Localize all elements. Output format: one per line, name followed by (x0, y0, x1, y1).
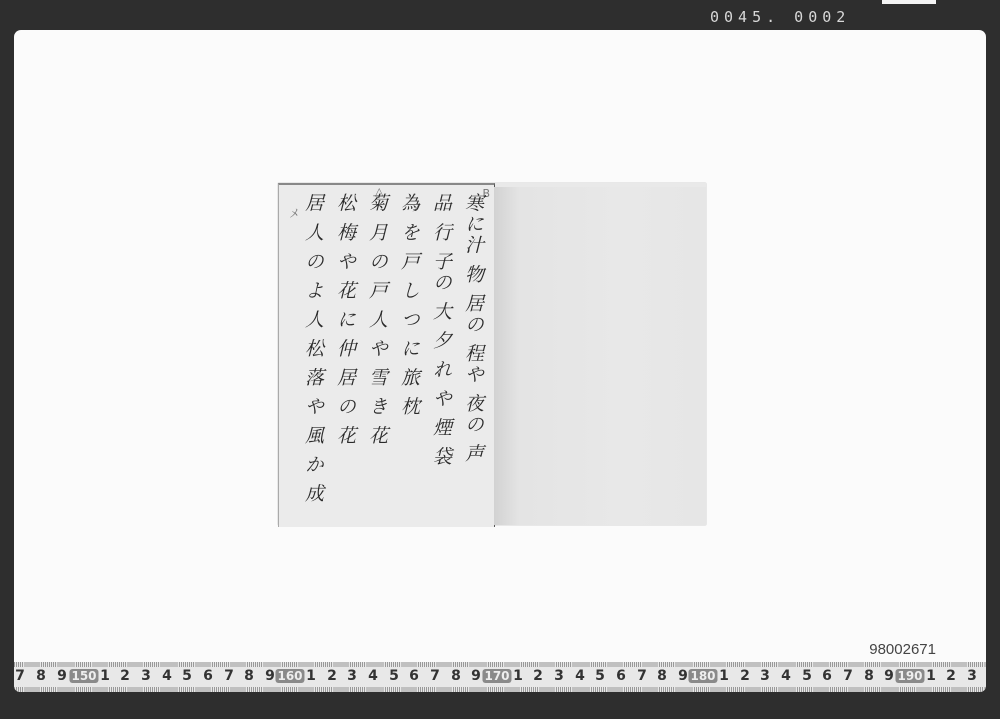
ruler-label: 9 (265, 668, 275, 684)
manuscript-spread: B ノ △ メ 寒に汁 物 居の 程や 夜の 声 品 行 子の 大 夕 れ や … (278, 183, 706, 525)
ruler-label: 150 (69, 669, 98, 683)
text-column: 品 行 子の 大 夕 れ や 煙 袋 (422, 193, 452, 513)
ruler-label: 1 (306, 668, 316, 684)
text-column: 菊 月 の 戸 人 や 雪 き 花 (358, 193, 388, 513)
ruler-label: 7 (430, 668, 440, 684)
film-marker-tab (882, 0, 936, 4)
ruler-label: 8 (244, 668, 254, 684)
text-column: 為 を 戸 し つ に 旅 枕 (390, 193, 420, 513)
ruler-label: 3 (554, 668, 564, 684)
ruler-label: 190 (895, 669, 924, 683)
frame-id: 0045. 0002 (710, 8, 850, 26)
ruler-label: 8 (36, 668, 46, 684)
ruler-label: 3 (347, 668, 357, 684)
ruler-label: 3 (760, 668, 770, 684)
ruler-label: 7 (224, 668, 234, 684)
ruler-label: 7 (637, 668, 647, 684)
ruler-label: 6 (616, 668, 626, 684)
catalog-number: 98002671 (869, 641, 936, 658)
ruler-label: 5 (802, 668, 812, 684)
ruler-label: 6 (409, 668, 419, 684)
ruler-label: 4 (575, 668, 585, 684)
ruler-label: 9 (678, 668, 688, 684)
ruler-label: 2 (327, 668, 337, 684)
ruler-label: 1 (513, 668, 523, 684)
ruler-label: 1 (100, 668, 110, 684)
ruler-label: 160 (275, 669, 304, 683)
ruler-label: 8 (451, 668, 461, 684)
ruler-label: 4 (781, 668, 791, 684)
ruler-label: 8 (864, 668, 874, 684)
ruler-label: 3 (967, 668, 977, 684)
text-column: 居 人 の よ 人 松 落 や 風 か 成 (294, 193, 324, 513)
measurement-ruler: 7891501234567891601234567891701234567891… (14, 662, 986, 692)
ruler-label: 7 (15, 668, 25, 684)
ruler-label: 5 (389, 668, 399, 684)
ruler-label: 6 (822, 668, 832, 684)
ruler-label: 9 (884, 668, 894, 684)
ruler-label: 1 (719, 668, 729, 684)
ruler-label: 2 (740, 668, 750, 684)
ruler-label: 4 (162, 668, 172, 684)
ruler-label: 5 (595, 668, 605, 684)
text-column: 寒に汁 物 居の 程や 夜の 声 (454, 193, 484, 513)
ruler-ticks (14, 687, 986, 692)
ruler-label: 6 (203, 668, 213, 684)
ruler-label: 170 (482, 669, 511, 683)
ruler-label: 9 (471, 668, 481, 684)
text-column: 松 梅 や 花 に 仲 居 の 花 (326, 193, 356, 513)
ruler-label: 180 (688, 669, 717, 683)
manuscript-page-right-blank (494, 187, 706, 525)
ruler-ticks (14, 662, 986, 667)
ruler-label: 2 (533, 668, 543, 684)
ruler-label: 1 (926, 668, 936, 684)
ruler-label: 2 (120, 668, 130, 684)
ruler-label: 2 (946, 668, 956, 684)
ruler-label: 8 (657, 668, 667, 684)
handwritten-text: 寒に汁 物 居の 程や 夜の 声 品 行 子の 大 夕 れ や 煙 袋 為 を … (294, 193, 484, 513)
ruler-label: 4 (368, 668, 378, 684)
ruler-label: 9 (57, 668, 67, 684)
ruler-label: 3 (141, 668, 151, 684)
ruler-label: 7 (843, 668, 853, 684)
ruler-label: 5 (182, 668, 192, 684)
manuscript-page-left: B ノ △ メ 寒に汁 物 居の 程や 夜の 声 品 行 子の 大 夕 れ や … (278, 183, 495, 527)
